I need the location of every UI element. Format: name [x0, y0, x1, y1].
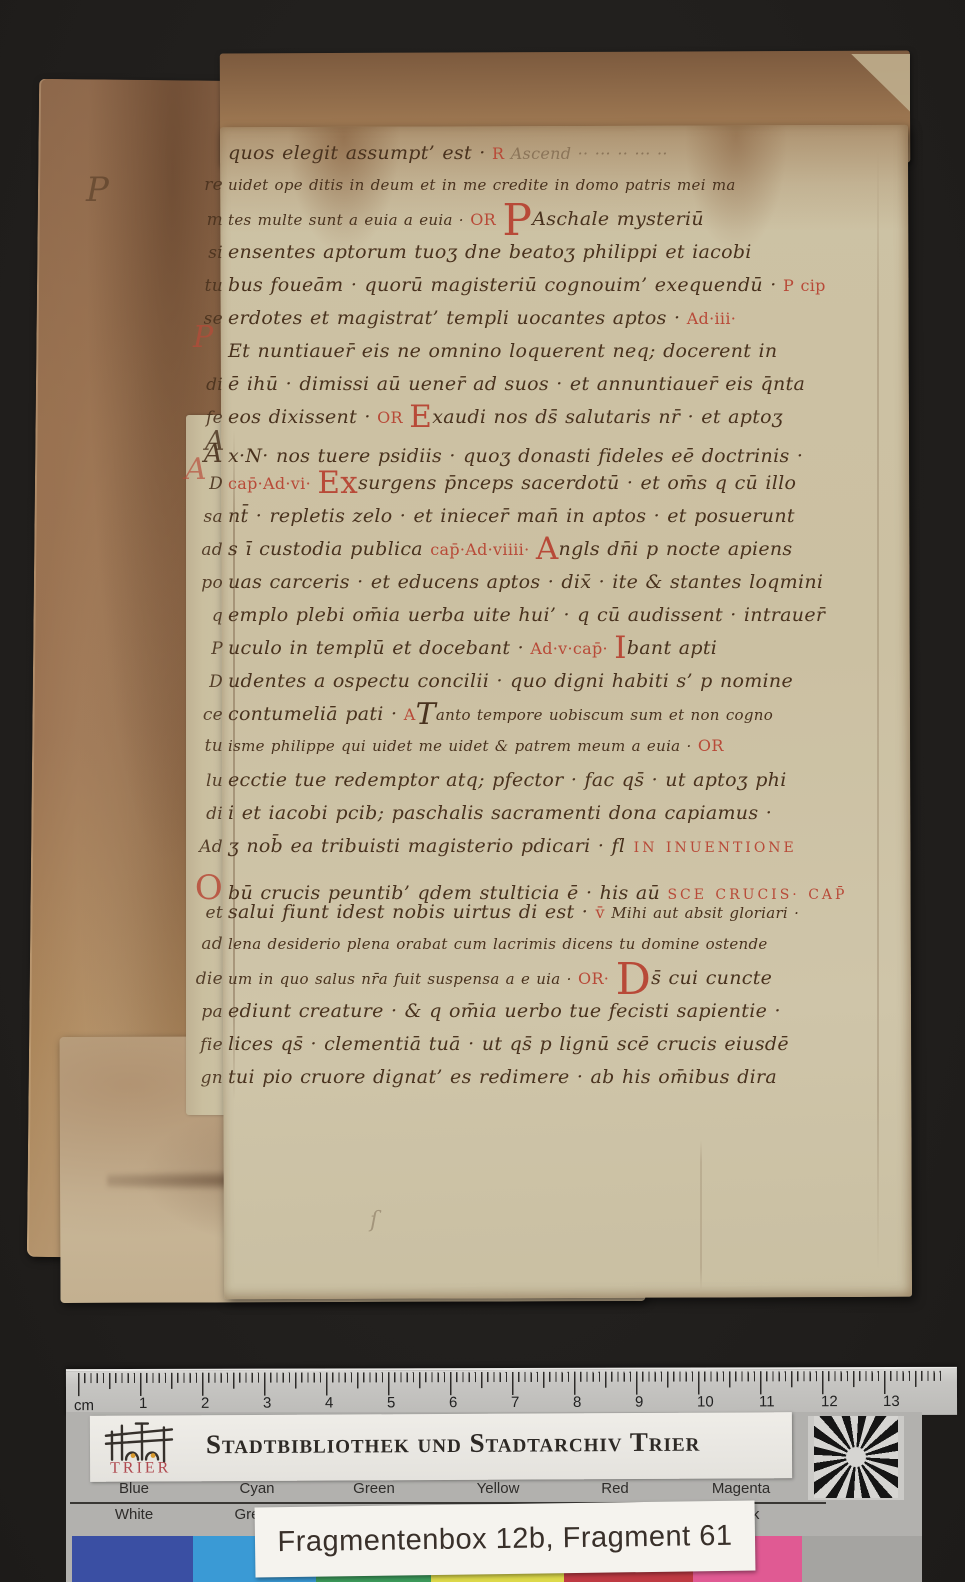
- manuscript-line: Obū crucis peuntib’ qdem stulticia ē · h…: [190, 868, 914, 901]
- manuscript-line: fielices qs̄ · clementiā tuā · ut qs̄ p …: [190, 1033, 914, 1066]
- body-text: ē ihū · dimissi aū uener̄ ad suos · et a…: [228, 373, 805, 395]
- manuscript-line: Adʒ nob̄ ea tribuisti magisterio pdicari…: [190, 835, 914, 868]
- fold-strip-letters: di: [190, 375, 228, 395]
- rubric-text: Ex: [317, 465, 358, 501]
- manuscript-line: reuidet ope ditis in deum et in me credi…: [190, 175, 914, 208]
- fold-strip-letters: Ad: [190, 837, 228, 857]
- body-text: x·N· nos tuere psidiis · quoʒ donasti fi…: [228, 445, 803, 467]
- cm-ruler: cm 12345678910111213: [66, 1367, 957, 1417]
- ruler-number: 4: [325, 1394, 333, 1411]
- fold-strip-letters: lu: [190, 771, 228, 791]
- fold-strip-letters: et: [190, 903, 228, 923]
- fold-strip-letters: tu: [190, 736, 228, 756]
- ruler-number: 6: [449, 1394, 457, 1411]
- color-patch: [72, 1536, 193, 1582]
- body-text: bus foueām · quorū magisteriū cognouim’…: [228, 274, 777, 296]
- manuscript-line: Dudentes a ospectu concilii · quo digni …: [190, 670, 914, 703]
- manuscript-line: diē ihū · dimissi aū uener̄ ad suos · et…: [190, 373, 914, 406]
- rubric-text: Ad·iii·: [680, 309, 736, 328]
- rubric-text: D: [616, 954, 652, 1005]
- manuscript-line: cecontumeliā pati · ATanto tempore uobis…: [190, 703, 914, 736]
- siemens-star-icon: [814, 1416, 898, 1498]
- color-chart-label: Green: [353, 1480, 395, 1497]
- ruler-tick-marks: [78, 1371, 941, 1397]
- body-text: tui pio cruore dignat’ es redimere · ab …: [228, 1066, 777, 1088]
- rubric-text: A: [397, 705, 415, 724]
- rubric-text: I: [614, 630, 627, 666]
- fragment-label-box: Fragmentenbox 12b, Fragment 61: [255, 1501, 756, 1578]
- ruler-number: 5: [387, 1394, 395, 1411]
- body-text: salui fiunt idest nobis uirtus di est ·: [228, 901, 595, 923]
- margin-mark: A: [185, 452, 207, 487]
- library-name: Stadtbibliothek und Stadtarchiv Trier: [206, 1427, 701, 1461]
- manuscript-line: mtes multe sunt a euia a euia · OR PAsch…: [190, 208, 914, 241]
- color-chart-label: Blue: [119, 1480, 149, 1497]
- ruler-number: 8: [573, 1394, 581, 1411]
- body-text: ediunt creature · & q om̄ia uerbo tue fe…: [228, 1000, 781, 1022]
- fragment-label-text: Fragmentenbox 12b, Fragment 61: [277, 1519, 733, 1558]
- rubric-text: IN INUENTIONE: [625, 840, 797, 856]
- manuscript-line: dieum in quo salus nr̄a fuit suspensa a …: [190, 967, 914, 1000]
- manuscript-line: Dcap̄·Ad·vi· Exsurgens p̄nceps sacerdotū…: [190, 472, 914, 505]
- manuscript-line: ads ī custodia publica cap̄·Ad·viiii· An…: [190, 538, 914, 571]
- fold-strip-letters: O: [190, 868, 228, 908]
- manuscript-line: seerdotes et magistrat’ templi uocantes …: [190, 307, 914, 340]
- rubric-text: OR: [692, 736, 724, 755]
- ruler-number: 12: [821, 1393, 838, 1410]
- fold-strip-letters: sa: [190, 507, 228, 527]
- body-text: emplo plebi om̄ia uerba uite hui’ · q cū…: [228, 604, 825, 626]
- body-text: quos elegit assumpt’ est ·: [228, 142, 486, 164]
- body-text: uculo in templū et docebant ·: [228, 637, 524, 659]
- body-text: uas carceris · et educens aptos · dix̄ ·…: [228, 571, 823, 593]
- vertical-crease: [700, 1140, 702, 1290]
- manuscript-line: adlena desiderio plena orabat cum lacrim…: [190, 934, 914, 967]
- fold-strip-letters: ad: [190, 934, 228, 954]
- trier-logo-icon: [102, 1419, 198, 1464]
- body-text: um in quo salus nr̄a fuit suspensa a e u…: [228, 970, 572, 988]
- rubric-text: P cip: [777, 276, 826, 295]
- body-text: uidet ope ditis in deum et in me credite…: [228, 176, 736, 194]
- rubric-text: OR: [464, 210, 503, 229]
- fold-strip-letters: ad: [190, 540, 228, 560]
- body-text: s ī custodia publica: [228, 538, 430, 560]
- manuscript-line: tuisme philippe qui uidet me uidet & pat…: [190, 736, 914, 769]
- fold-strip-letters: tu: [190, 276, 228, 296]
- ruler-number: 2: [201, 1395, 209, 1412]
- manuscript-line: etsalui fiunt idest nobis uirtus di est …: [190, 901, 914, 934]
- manuscript-line: tubus foueām · quorū magisteriū cognoui…: [190, 274, 914, 307]
- body-text: i et iacobi pcib; paschalis sacramenti d…: [228, 802, 772, 824]
- body-text: lena desiderio plena orabat cum lacrimis…: [228, 935, 768, 953]
- trier-wordmark: TRIER: [110, 1459, 171, 1477]
- color-chart-label: White: [115, 1506, 153, 1523]
- manuscript-line: feeos dixissent · OR Exaudi nos ds̄ salu…: [190, 406, 914, 439]
- manuscript-line: qemplo plebi om̄ia uerba uite hui’ · q c…: [190, 604, 914, 637]
- body-text: eos dixissent ·: [228, 406, 371, 428]
- rubric-text: cap̄·Ad·vi·: [228, 474, 317, 493]
- body-text: surgens p̄nceps sacerdotū · et om̄s q cū…: [358, 472, 796, 494]
- photo-of-manuscript-fragment: quos elegit assumpt’ est · R Ascend ·· ·…: [0, 0, 965, 1582]
- body-text: erdotes et magistrat’ templi uocantes ap…: [228, 307, 680, 329]
- fold-strip-letters: si: [190, 243, 228, 263]
- body-text: contumeliā pati ·: [228, 703, 397, 725]
- manuscript-line: Ax·N· nos tuere psidiis · quoʒ donasti f…: [190, 439, 914, 472]
- manuscript-line: paediunt creature · & q om̄ia uerbo tue …: [190, 1000, 914, 1033]
- color-calibration-card: TRIER Stadtbibliothek und Stadtarchiv Tr…: [66, 1412, 922, 1582]
- fold-strip-letters: pa: [190, 1002, 228, 1022]
- rubric-text: E: [409, 399, 432, 435]
- body-text: ensentes aptorum tuoʒ dne beatoʒ philipp…: [228, 241, 752, 263]
- manuscript-text-block: quos elegit assumpt’ est · R Ascend ·· ·…: [190, 142, 914, 1099]
- fold-strip-letters: di: [190, 804, 228, 824]
- ruler-number: 1: [139, 1395, 147, 1412]
- body-text: bant apti: [627, 637, 717, 659]
- body-text: tes multe sunt a euia a euia ·: [228, 211, 464, 229]
- body-text: ecctie tue redemptor atq; pfector · fac …: [228, 769, 787, 791]
- rubric-text: OR: [371, 408, 410, 427]
- rubric-text: cap̄·Ad·viiii·: [430, 540, 536, 559]
- body-text: ʒ nob̄ ea tribuisti magisterio pdicari ·…: [228, 835, 625, 857]
- body-text: nt̄ · repletis zelo · et iniecer̄ man̄ i…: [228, 505, 795, 527]
- manuscript-line: siensentes aptorum tuoʒ dne beatoʒ phili…: [190, 241, 914, 274]
- manuscript-line: Puculo in templū et docebant · Ad·v·cap̄…: [190, 637, 914, 670]
- body-text: Aschale mysteriū: [532, 208, 704, 230]
- color-chart-label: Cyan: [239, 1480, 274, 1497]
- ruler-number: 13: [883, 1393, 900, 1410]
- fold-strip-letters: die: [190, 969, 228, 989]
- fold-strip-letters: fe: [190, 408, 228, 428]
- body-text: anto tempore uobiscum sum et non cogno: [436, 706, 773, 724]
- body-text: T: [416, 697, 436, 732]
- body-text: Et nuntiauer̄ eis ne omnino loquerent ne…: [228, 340, 777, 362]
- color-chart-label: Red: [601, 1480, 629, 1497]
- ruler-number: 3: [263, 1395, 271, 1412]
- body-text: s̄ cui cuncte: [651, 967, 772, 989]
- body-text: lices qs̄ · clementiā tuā · ut qs̄ p lig…: [228, 1033, 789, 1055]
- margin-mark: P: [193, 320, 213, 355]
- rubric-text: P: [502, 195, 532, 246]
- body-text: Ascend ·· ··· ·· ··· ··: [504, 144, 668, 163]
- ruler-number: 11: [759, 1393, 775, 1410]
- rubric-text: v̄: [595, 903, 611, 922]
- color-patch: [802, 1536, 922, 1582]
- body-text: udentes a ospectu concilii · quo digni h…: [228, 670, 793, 692]
- ruler-number: 9: [635, 1394, 643, 1411]
- fold-strip-letters: P: [190, 639, 228, 659]
- fold-strip-letters: m: [190, 210, 228, 230]
- margin-mark: A: [205, 426, 225, 457]
- fold-strip-letters: q: [190, 606, 228, 626]
- rubric-text: A: [536, 531, 559, 567]
- ruler-number: 7: [511, 1394, 519, 1411]
- rubric-text: Ad·v·cap̄·: [524, 639, 614, 658]
- fold-strip-letters: ce: [190, 705, 228, 725]
- rubric-text: R: [486, 144, 505, 163]
- manuscript-line: luecctie tue redemptor atq; pfector · fa…: [190, 769, 914, 802]
- library-banner: TRIER Stadtbibliothek und Stadtarchiv Tr…: [90, 1412, 792, 1482]
- body-text: Mihi aut absit gloriari ·: [611, 904, 799, 922]
- rubric-text: OR·: [572, 969, 616, 988]
- body-text: isme philippe qui uidet me uidet & patre…: [228, 737, 692, 755]
- fold-strip-letters: po: [190, 573, 228, 593]
- ruler-number: 10: [697, 1393, 714, 1410]
- fold-strip-letters: re: [190, 175, 228, 195]
- color-chart-label: Magenta: [712, 1480, 770, 1497]
- body-text: xaudi nos ds̄ salutaris nr̄ · et aptoʒ: [432, 406, 783, 428]
- margin-mark: ſ: [370, 1208, 378, 1233]
- body-text: ngls dn̄i p nocte apiens: [559, 538, 793, 560]
- manuscript-line: Et nuntiauer̄ eis ne omnino loquerent ne…: [190, 340, 914, 373]
- fold-strip-letters: D: [190, 672, 228, 692]
- color-chart-label: Yellow: [477, 1480, 520, 1497]
- manuscript-line: gntui pio cruore dignat’ es redimere · a…: [190, 1066, 914, 1099]
- manuscript-line: dii et iacobi pcib; paschalis sacramenti…: [190, 802, 914, 835]
- fold-strip-letters: gn: [190, 1068, 228, 1088]
- fold-strip-letters: fie: [190, 1035, 228, 1055]
- manuscript-line: quos elegit assumpt’ est · R Ascend ·· ·…: [190, 142, 914, 175]
- manuscript-line: pouas carceris · et educens aptos · dix̄…: [190, 571, 914, 604]
- starburst-registration-icon: [808, 1416, 904, 1500]
- margin-mark: P: [86, 170, 109, 210]
